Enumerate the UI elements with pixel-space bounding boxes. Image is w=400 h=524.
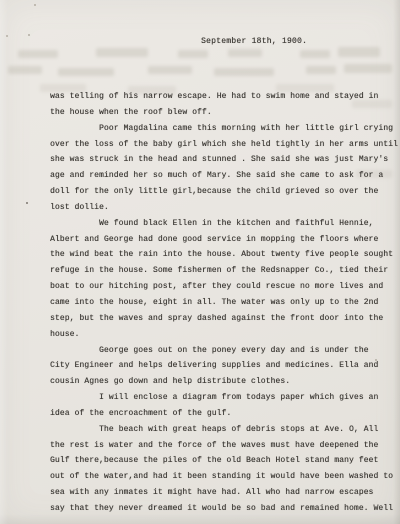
ink-speck <box>6 35 8 37</box>
text-line: Poor Magdalina came this morning with he… <box>50 121 398 137</box>
bleed-through-artifact <box>214 68 274 76</box>
text-line: lost dollie. <box>50 200 398 216</box>
text-line: The beach with great heaps of debris sto… <box>50 422 398 438</box>
text-line: out of the water,and had it been standin… <box>50 469 398 485</box>
date-line: September 18th, 1900. <box>201 37 307 46</box>
text-line: over the loss of the baby girl which she… <box>50 137 398 153</box>
text-line: the house when the roof blew off. <box>50 105 398 121</box>
bleed-through-artifact <box>96 48 148 57</box>
text-line: City Engineer and helps delivering suppl… <box>50 358 398 374</box>
ink-speck <box>26 202 28 204</box>
bleed-through-artifact <box>8 66 42 74</box>
text-line: Gulf there,because the piles of the old … <box>50 453 398 469</box>
text-line: We found black Ellen in the kitchen and … <box>50 216 398 232</box>
text-line: say that they never dreamed it would be … <box>50 501 398 517</box>
text-line: the wind beat the rain into the house. A… <box>50 247 398 263</box>
bleed-through-artifact <box>148 66 192 74</box>
text-line: idea of the encroachment of the gulf. <box>50 406 398 422</box>
letter-body: was telling of his narrow escape. He had… <box>50 89 398 517</box>
text-line: step, but the waves and spray dashed aga… <box>50 311 398 327</box>
text-line: refuge in the house. Some fishermen of t… <box>50 263 398 279</box>
text-line: Albert and George had done good service … <box>50 232 398 248</box>
text-line: doll for the only little girl,because th… <box>50 184 398 200</box>
text-line: she was struck in the head and stunned .… <box>50 152 398 168</box>
text-line: age and reminded her so much of Mary. Sh… <box>50 168 398 184</box>
text-line: sea with any inmates it might have had. … <box>50 485 398 501</box>
ink-speck <box>28 34 30 36</box>
text-line: house. <box>50 327 398 343</box>
text-line: came into the house, eight in all. The w… <box>50 295 398 311</box>
text-line: cousin Agnes go down and help distribute… <box>50 374 398 390</box>
bleed-through-artifact <box>300 50 330 58</box>
text-line: I will enclose a diagram from todays pap… <box>50 390 398 406</box>
text-line: the rest is water and the force of the w… <box>50 438 398 454</box>
bleed-through-artifact <box>228 49 262 57</box>
bleed-through-artifact <box>344 64 392 73</box>
bleed-through-artifact <box>18 50 58 58</box>
text-line: boat to our hitching post, after they co… <box>50 279 398 295</box>
bleed-through-artifact <box>178 50 208 58</box>
text-line: was telling of his narrow escape. He had… <box>50 89 398 105</box>
bleed-through-artifact <box>306 66 336 74</box>
ink-speck <box>34 4 36 6</box>
text-line: George goes out on the poney every day a… <box>50 343 398 359</box>
bleed-through-artifact <box>58 68 114 76</box>
bleed-through-artifact <box>338 47 380 57</box>
letter-page: September 18th, 1900. was telling of his… <box>0 0 400 524</box>
